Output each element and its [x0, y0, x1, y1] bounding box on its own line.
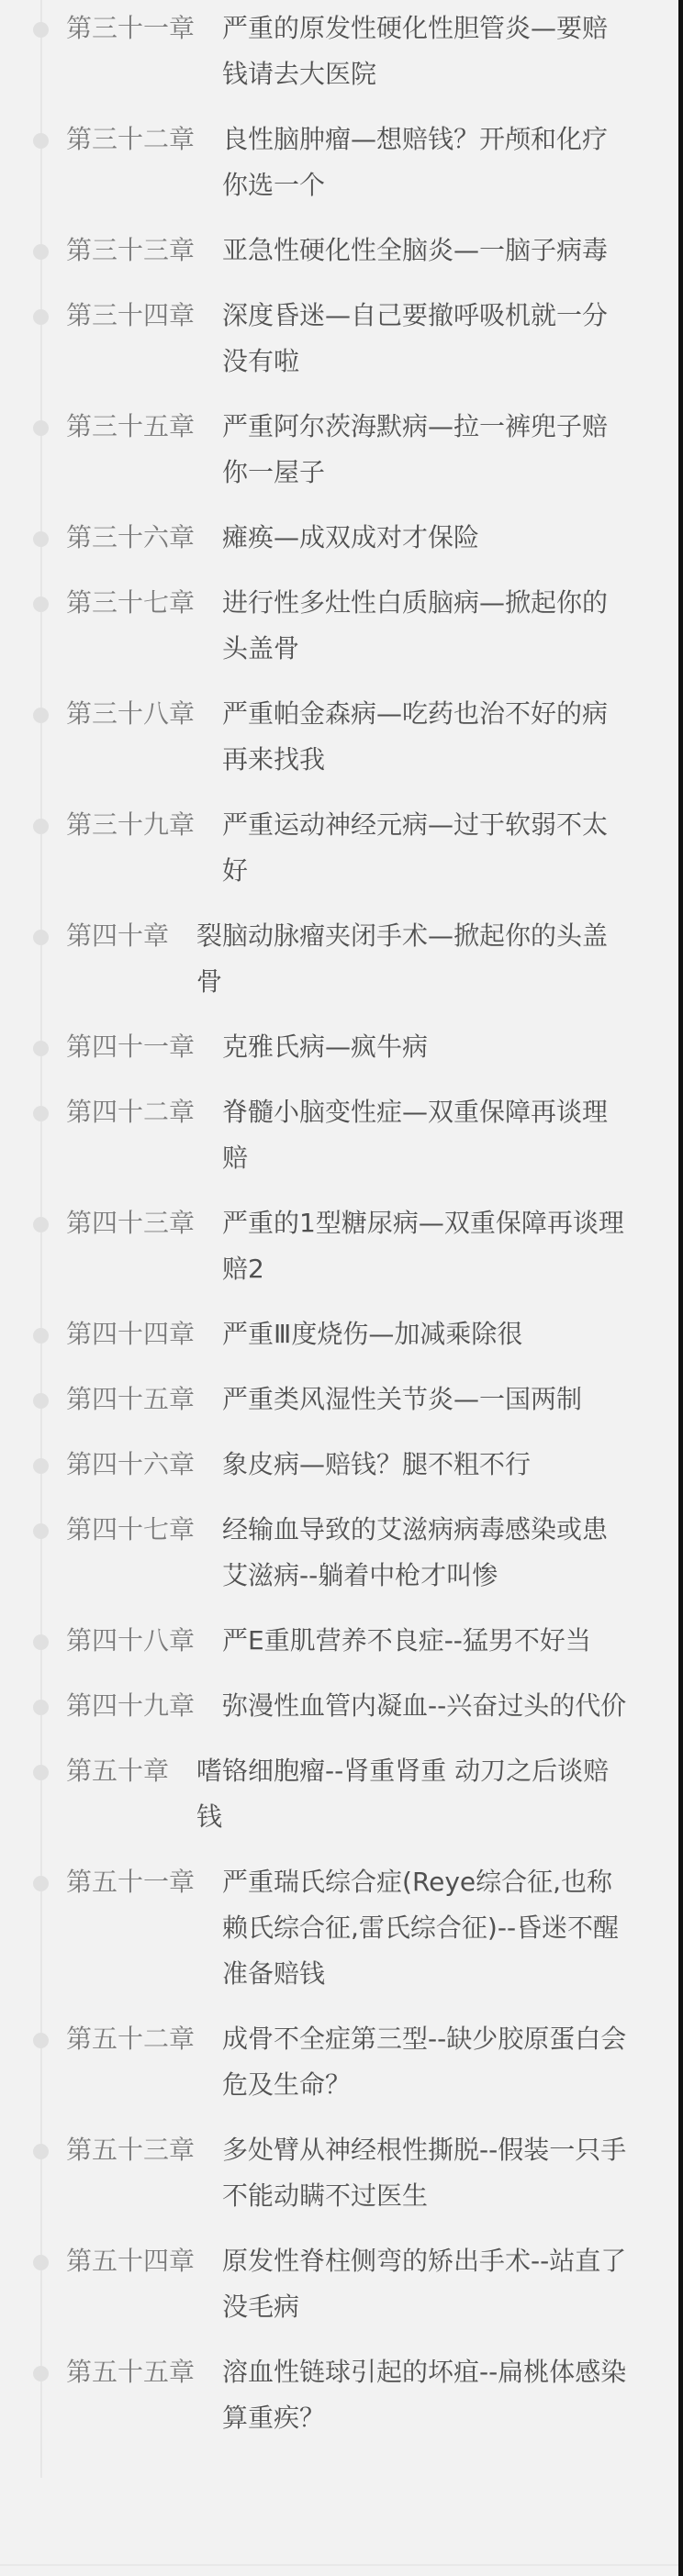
- chapter-title[interactable]: 亚急性硬化性全脑炎—一脑子病毒: [222, 228, 633, 273]
- chapter-title[interactable]: 原发性脊柱侧弯的矫出手术--站直了没毛病: [222, 2238, 633, 2330]
- chapter-item[interactable]: 第五十章嗜铬细胞瘤--肾重肾重 动刀之后谈赔钱: [0, 1748, 678, 1840]
- bullet-dot-icon: [33, 1393, 49, 1409]
- chapter-number: 第五十二章: [66, 2016, 195, 2062]
- chapter-title[interactable]: 瘫痪—成双成对才保险: [222, 515, 633, 561]
- chapter-title[interactable]: 经输血导致的艾滋病病毒感染或患艾滋病--躺着中枪才叫惨: [222, 1507, 633, 1599]
- chapter-item[interactable]: 第三十四章深度昏迷—自己要撤呼吸机就一分没有啦: [0, 293, 678, 385]
- chapter-item[interactable]: 第三十五章严重阿尔茨海默病—拉一裤兜子赔你一屋子: [0, 404, 678, 496]
- chapter-title[interactable]: 严重的1型糖尿病—双重保障再谈理赔2: [222, 1200, 633, 1292]
- bullet-dot-icon: [33, 244, 49, 260]
- bullet-dot-icon: [33, 2255, 49, 2270]
- chapter-number: 第三十五章: [66, 404, 195, 450]
- chapter-title[interactable]: 严重Ⅲ度烧伤—加减乘除很: [222, 1311, 633, 1357]
- bullet-dot-icon: [33, 1041, 49, 1056]
- chapter-title[interactable]: 深度昏迷—自己要撤呼吸机就一分没有啦: [222, 293, 633, 385]
- chapter-number: 第四十九章: [66, 1683, 195, 1729]
- chapter-number: 第四十一章: [66, 1024, 195, 1070]
- chapter-title[interactable]: 脊髓小脑变性症—双重保障再谈理赔: [222, 1089, 633, 1181]
- chapter-number: 第三十三章: [66, 228, 195, 273]
- bullet-dot-icon: [33, 1458, 49, 1474]
- chapter-list: 第三十一章严重的原发性硬化性胆管炎—要赔钱请去大医院 第三十二章良性脑肿瘤—想赔…: [0, 6, 678, 2460]
- chapter-title[interactable]: 成骨不全症第三型--缺少胶原蛋白会危及生命？: [222, 2016, 633, 2108]
- chapter-number: 第三十四章: [66, 293, 195, 339]
- chapter-item[interactable]: 第三十八章严重帕金森病—吃药也治不好的病再来找我: [0, 691, 678, 783]
- chapter-number: 第三十九章: [66, 802, 195, 848]
- bullet-dot-icon: [33, 1876, 49, 1891]
- bottom-divider: [0, 2564, 678, 2566]
- bullet-dot-icon: [33, 2033, 49, 2048]
- bullet-dot-icon: [33, 133, 49, 149]
- bullet-dot-icon: [33, 22, 49, 38]
- chapter-title[interactable]: 严重的原发性硬化性胆管炎—要赔钱请去大医院: [222, 6, 633, 97]
- chapter-item[interactable]: 第四十四章严重Ⅲ度烧伤—加减乘除很: [0, 1311, 678, 1357]
- bullet-dot-icon: [33, 1634, 49, 1650]
- chapter-number: 第四十四章: [66, 1311, 195, 1357]
- chapter-number: 第四十三章: [66, 1200, 195, 1246]
- chapter-number: 第五十五章: [66, 2349, 195, 2395]
- chapter-item[interactable]: 第三十七章进行性多灶性白质脑病—掀起你的头盖骨: [0, 580, 678, 672]
- chapter-title[interactable]: 严重类风湿性关节炎—一国两制: [222, 1377, 633, 1422]
- bullet-dot-icon: [33, 819, 49, 834]
- chapter-number: 第三十一章: [66, 6, 195, 51]
- chapter-title[interactable]: 多处臂从神经根性撕脱--假装一只手不能动瞒不过医生: [222, 2127, 633, 2219]
- chapter-title[interactable]: 溶血性链球引起的坏疽--扁桃体感染算重疾？: [222, 2349, 633, 2441]
- chapter-number: 第四十五章: [66, 1377, 195, 1422]
- chapter-number: 第五十四章: [66, 2238, 195, 2284]
- chapter-item[interactable]: 第四十二章脊髓小脑变性症—双重保障再谈理赔: [0, 1089, 678, 1181]
- chapter-item[interactable]: 第三十九章严重运动神经元病—过于软弱不太好: [0, 802, 678, 894]
- bullet-dot-icon: [33, 708, 49, 723]
- bullet-dot-icon: [33, 597, 49, 612]
- chapter-title[interactable]: 克雅氏病—疯牛病: [222, 1024, 633, 1070]
- chapter-number: 第四十二章: [66, 1089, 195, 1135]
- bullet-dot-icon: [33, 531, 49, 547]
- chapter-number: 第四十六章: [66, 1442, 195, 1488]
- bullet-dot-icon: [33, 2366, 49, 2381]
- chapter-title[interactable]: 弥漫性血管内凝血--兴奋过头的代价: [222, 1683, 633, 1729]
- chapter-number: 第五十一章: [66, 1859, 195, 1905]
- chapter-number: 第四十七章: [66, 1507, 195, 1553]
- chapter-number: 第三十二章: [66, 117, 195, 162]
- chapter-title[interactable]: 嗜铬细胞瘤--肾重肾重 动刀之后谈赔钱: [196, 1748, 633, 1840]
- chapter-item[interactable]: 第五十三章多处臂从神经根性撕脱--假装一只手不能动瞒不过医生: [0, 2127, 678, 2219]
- chapter-item[interactable]: 第四十五章严重类风湿性关节炎—一国两制: [0, 1377, 678, 1422]
- bullet-dot-icon: [33, 2144, 49, 2159]
- chapter-number: 第四十章: [66, 913, 169, 959]
- chapter-item[interactable]: 第五十一章严重瑞氏综合症(Reye综合征,也称赖氏综合征,雷氏综合征)--昏迷不…: [0, 1859, 678, 1997]
- chapter-item[interactable]: 第五十五章溶血性链球引起的坏疽--扁桃体感染算重疾？: [0, 2349, 678, 2441]
- chapter-item[interactable]: 第四十三章严重的1型糖尿病—双重保障再谈理赔2: [0, 1200, 678, 1292]
- chapter-item[interactable]: 第四十九章弥漫性血管内凝血--兴奋过头的代价: [0, 1683, 678, 1729]
- chapter-title[interactable]: 进行性多灶性白质脑病—掀起你的头盖骨: [222, 580, 633, 672]
- chapter-item[interactable]: 第四十一章克雅氏病—疯牛病: [0, 1024, 678, 1070]
- chapter-title[interactable]: 严重运动神经元病—过于软弱不太好: [222, 802, 633, 894]
- chapter-title[interactable]: 象皮病—赔钱？腿不粗不行: [222, 1442, 633, 1488]
- chapter-item[interactable]: 第五十二章成骨不全症第三型--缺少胶原蛋白会危及生命？: [0, 2016, 678, 2108]
- chapter-number: 第四十八章: [66, 1618, 195, 1664]
- chapter-item[interactable]: 第四十六章象皮病—赔钱？腿不粗不行: [0, 1442, 678, 1488]
- chapter-item[interactable]: 第四十章裂脑动脉瘤夹闭手术—掀起你的头盖骨: [0, 913, 678, 1005]
- chapter-item[interactable]: 第四十七章经输血导致的艾滋病病毒感染或患艾滋病--躺着中枪才叫惨: [0, 1507, 678, 1599]
- chapter-number: 第五十三章: [66, 2127, 195, 2173]
- chapter-item[interactable]: 第三十六章瘫痪—成双成对才保险: [0, 515, 678, 561]
- bullet-dot-icon: [33, 930, 49, 945]
- chapter-item[interactable]: 第三十三章亚急性硬化性全脑炎—一脑子病毒: [0, 228, 678, 273]
- chapter-item[interactable]: 第三十二章良性脑肿瘤—想赔钱？开颅和化疗你选一个: [0, 117, 678, 208]
- bullet-dot-icon: [33, 1523, 49, 1539]
- chapter-title[interactable]: 严重帕金森病—吃药也治不好的病再来找我: [222, 691, 633, 783]
- chapter-item[interactable]: 第四十八章严E重肌营养不良症--猛男不好当: [0, 1618, 678, 1664]
- bullet-dot-icon: [33, 420, 49, 436]
- chapter-item[interactable]: 第五十四章原发性脊柱侧弯的矫出手术--站直了没毛病: [0, 2238, 678, 2330]
- chapter-title[interactable]: 严重瑞氏综合症(Reye综合征,也称赖氏综合征,雷氏综合征)--昏迷不醒准备赔钱: [222, 1859, 633, 1997]
- bullet-dot-icon: [33, 1765, 49, 1780]
- chapter-number: 第五十章: [66, 1748, 169, 1794]
- bullet-dot-icon: [33, 1328, 49, 1344]
- chapter-number: 第三十六章: [66, 515, 195, 561]
- chapter-title[interactable]: 裂脑动脉瘤夹闭手术—掀起你的头盖骨: [196, 913, 633, 1005]
- chapter-number: 第三十八章: [66, 691, 195, 737]
- bullet-dot-icon: [33, 1106, 49, 1121]
- chapter-item[interactable]: 第三十一章严重的原发性硬化性胆管炎—要赔钱请去大医院: [0, 6, 678, 97]
- bullet-dot-icon: [33, 309, 49, 325]
- right-edge-border: [678, 0, 683, 2576]
- bullet-dot-icon: [33, 1700, 49, 1715]
- chapter-number: 第三十七章: [66, 580, 195, 626]
- bullet-dot-icon: [33, 1217, 49, 1232]
- chapter-title[interactable]: 良性脑肿瘤—想赔钱？开颅和化疗你选一个: [222, 117, 633, 208]
- chapter-title[interactable]: 严重阿尔茨海默病—拉一裤兜子赔你一屋子: [222, 404, 633, 496]
- chapter-title[interactable]: 严E重肌营养不良症--猛男不好当: [222, 1618, 633, 1664]
